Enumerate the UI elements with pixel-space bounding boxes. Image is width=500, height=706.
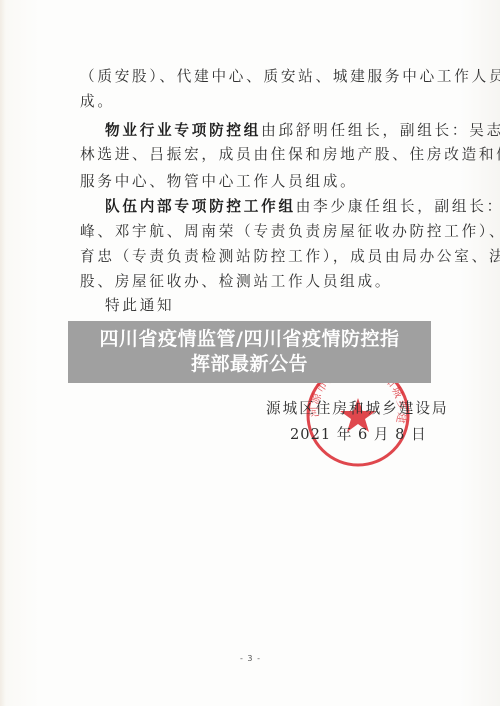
body-line-9: 股、房屋征收办、检测站工作人员组成。 [80, 273, 432, 291]
banner-title-line-1: 四川省疫情监管/四川省疫情防控指 [100, 327, 400, 352]
signing-date: 2021 年 6 月 8 日 [290, 423, 427, 444]
body-line-4: 林选进、吕振宏，成员由住保和房地产股、住房改造和保障 [80, 146, 432, 164]
document-page: （质安股）、代建中心、质安站、城建服务中心工作人员组 成。 物业行业专项防控组由… [0, 0, 500, 706]
body-line-1: （质安股）、代建中心、质安站、城建服务中心工作人员组 [80, 68, 432, 86]
page-number: - 3 - [240, 654, 261, 663]
banner-title-line-2: 挥部最新公告 [191, 352, 308, 377]
body-line-6: 队伍内部专项防控工作组由李少康任组长，副组长：李 [105, 198, 457, 216]
overlay-title-banner: 四川省疫情监管/四川省疫情防控指 挥部最新公告 [68, 321, 431, 383]
closing-line: 特此通知 [105, 297, 457, 315]
body-line-3: 物业行业专项防控组由邱舒明任组长，副组长：吴志乐、 [105, 122, 457, 140]
body-line-5: 服务中心、物管中心工作人员组成。 [80, 173, 432, 191]
section-heading-internal: 队伍内部专项防控工作组 [105, 198, 296, 215]
body-line-8: 育忠（专责负责检测站防控工作），成员由局办公室、法制 [80, 248, 432, 266]
body-line-2: 成。 [80, 93, 432, 111]
section-heading-property: 物业行业专项防控组 [105, 122, 261, 139]
signing-organization: 源城区住房和城乡建设局 [266, 397, 449, 418]
body-line-7: 峰、邓宇航、周南荣（专责负责房屋征收办防控工作）、罗 [80, 223, 432, 241]
